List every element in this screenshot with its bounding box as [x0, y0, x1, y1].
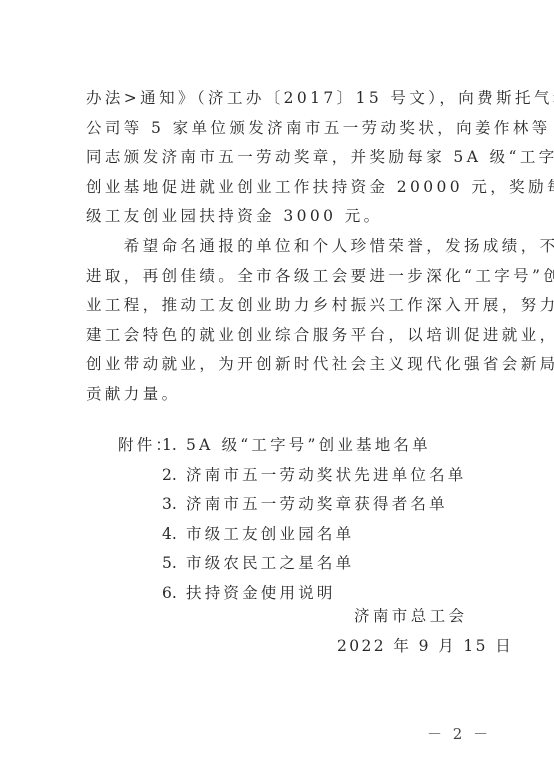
text-line: 创业基地促进就业创业工作扶持资金 20000 元，奖励每家市: [86, 173, 468, 203]
document-page: 办法>通知》（济工办〔2017〕15 号文），向费斯托气动有限 公司等 5 家单…: [0, 0, 554, 783]
text-line: 希望命名通报的单位和个人珍惜荣誉，发扬成绩，不断: [86, 232, 468, 262]
attachment-number: 5.: [162, 549, 186, 579]
attachments-list: 附件： 1. 5A 级“工字号”创业基地名单 2. 济南市五一劳动奖状先进单位名…: [118, 431, 467, 609]
attachment-item: 5. 市级农民工之星名单: [118, 549, 467, 579]
paragraph-award-details: 办法>通知》（济工办〔2017〕15 号文），向费斯托气动有限 公司等 5 家单…: [86, 84, 468, 232]
signature-date: 2022 年 9 月 15 日: [337, 634, 513, 656]
attachment-title: 济南市五一劳动奖章获得者名单: [186, 490, 448, 520]
text-line: 级工友创业园扶持资金 3000 元。: [86, 202, 468, 232]
text-line: 同志颁发济南市五一劳动奖章，并奖励每家 5A 级“工字号”: [86, 143, 468, 173]
text-line: 业工程，推动工友创业助力乡村振兴工作深入开展，努力搭: [86, 291, 468, 321]
text-line: 公司等 5 家单位颁发济南市五一劳动奖状，向姜作林等 5 名: [86, 114, 468, 144]
attachment-title: 5A 级“工字号”创业基地名单: [186, 431, 431, 461]
attachment-number: 2.: [162, 461, 186, 491]
page-number: － 2 －: [427, 723, 491, 744]
attachment-item: 附件： 1. 5A 级“工字号”创业基地名单: [118, 431, 467, 461]
attachment-number: 6.: [162, 579, 186, 609]
attachments-label: 附件：: [118, 431, 162, 461]
attachment-item: 2. 济南市五一劳动奖状先进单位名单: [118, 461, 467, 491]
attachment-number: 1.: [162, 431, 186, 461]
attachment-title: 济南市五一劳动奖状先进单位名单: [186, 461, 467, 491]
attachment-title: 市级工友创业园名单: [186, 520, 354, 550]
text-line: 办法>通知》（济工办〔2017〕15 号文），向费斯托气动有限: [86, 84, 468, 114]
paragraph-expectations: 希望命名通报的单位和个人珍惜荣誉，发扬成绩，不断 进取，再创佳绩。全市各级工会要…: [86, 232, 468, 410]
attachment-item: 4. 市级工友创业园名单: [118, 520, 467, 550]
attachment-number: 3.: [162, 490, 186, 520]
text-line: 建工会特色的就业创业综合服务平台，以培训促进就业，以: [86, 321, 468, 351]
signature-organization: 济南市总工会: [354, 604, 467, 626]
attachment-item: 3. 济南市五一劳动奖章获得者名单: [118, 490, 467, 520]
text-line: 创业带动就业，为开创新时代社会主义现代化强省会新局面: [86, 350, 468, 380]
attachment-number: 4.: [162, 520, 186, 550]
attachment-title: 扶持资金使用说明: [186, 579, 336, 609]
text-line: 进取，再创佳绩。全市各级工会要进一步深化“工字号”创: [86, 262, 468, 292]
attachment-title: 市级农民工之星名单: [186, 549, 354, 579]
text-line: 贡献力量。: [86, 380, 468, 410]
